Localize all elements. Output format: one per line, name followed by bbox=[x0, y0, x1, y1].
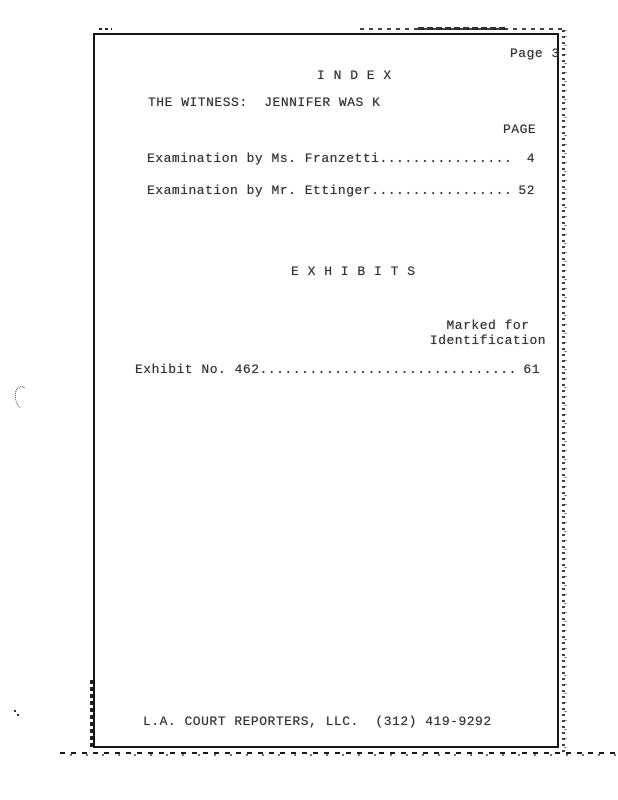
marked-for-line1: Marked for bbox=[420, 319, 556, 334]
page-column-header: PAGE bbox=[503, 122, 536, 137]
index-entry-franzetti: Examination by Ms. Franzetti............… bbox=[147, 151, 535, 166]
witness-line: THE WITNESS: JENNIFER WAS K bbox=[148, 95, 380, 110]
exhibits-title: E X H I B I T S bbox=[291, 264, 416, 279]
entry-label: Examination by Ms. Franzetti bbox=[147, 151, 379, 166]
entry-label: Exhibit No. 462 bbox=[135, 362, 260, 377]
court-reporter-footer: L.A. COURT REPORTERS, LLC. (312) 419-929… bbox=[143, 714, 492, 729]
scan-noise-top-dense bbox=[418, 27, 508, 30]
entry-page-number: 61 bbox=[523, 362, 540, 377]
page-border-frame bbox=[93, 33, 559, 748]
dot-leader: ................. bbox=[371, 183, 512, 198]
dot-leader: ................ bbox=[379, 151, 512, 166]
dot-leader: ............................... bbox=[260, 362, 517, 377]
entry-page-number: 52 bbox=[518, 183, 535, 198]
scan-noise-right bbox=[562, 30, 567, 756]
exhibit-entry-462: Exhibit No. 462.........................… bbox=[135, 362, 540, 377]
page-number: Page 3 bbox=[510, 46, 560, 61]
scan-noise-top-left bbox=[99, 28, 112, 30]
scan-margin-dots bbox=[14, 710, 16, 712]
marked-for-identification: Marked for Identification bbox=[420, 319, 556, 348]
entry-label: Examination by Mr. Ettinger bbox=[147, 183, 371, 198]
index-entry-ettinger: Examination by Mr. Ettinger.............… bbox=[147, 183, 535, 198]
marked-for-line2: Identification bbox=[420, 334, 556, 349]
scan-margin-mark bbox=[13, 385, 33, 412]
scan-noise-bottom bbox=[60, 752, 618, 756]
index-title: I N D E X bbox=[317, 68, 392, 83]
scanned-document-page: Page 3 I N D E X THE WITNESS: JENNIFER W… bbox=[0, 0, 618, 800]
entry-page-number: 4 bbox=[527, 151, 535, 166]
